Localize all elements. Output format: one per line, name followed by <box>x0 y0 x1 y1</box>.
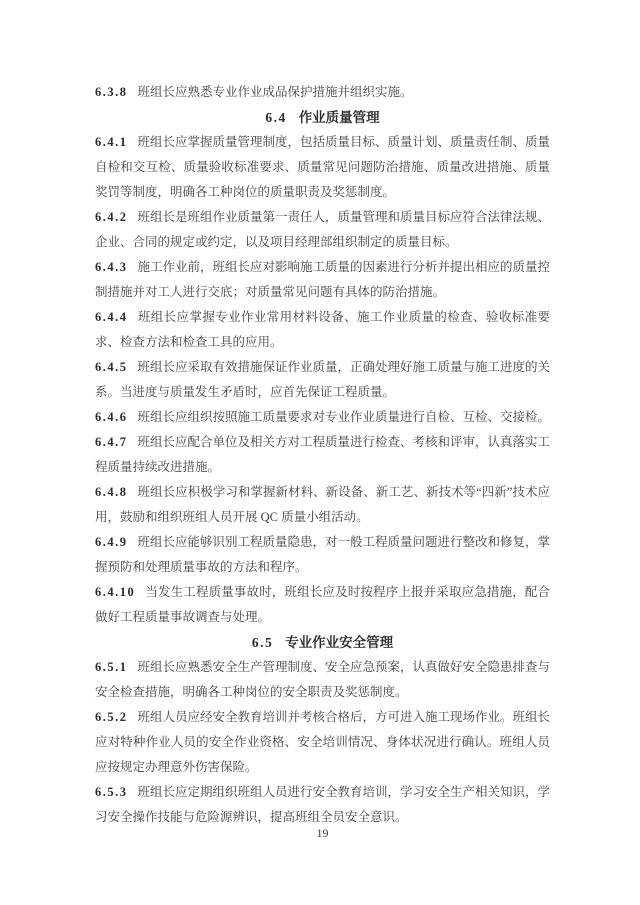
clause-text: 班组长应定期组织班组人员进行安全教育培训，学习安全生产相关知识，学习安全操作技能… <box>95 785 550 824</box>
document-body: 6.3.8班组长应熟悉专业作业成品保护措施并组织实施。6.4作业质量管理6.4.… <box>95 80 550 830</box>
clause-paragraph: 6.4.1班组长应掌握质量管理制度，包括质量目标、质量计划、质量责任制、质量自检… <box>95 130 550 205</box>
clause-text: 班组长应掌握质量管理制度，包括质量目标、质量计划、质量责任制、质量自检和交互检、… <box>95 135 550 199</box>
clause-text: 班组长是班组作业质量第一责任人，质量管理和质量目标应符合法律法规、企业、合同的规… <box>95 210 550 249</box>
clause-text: 班组长应熟悉专业作业成品保护措施并组织实施。 <box>138 85 413 99</box>
clause-text: 班组长应组织按照施工质量要求对专业作业质量进行自检、互检、交接检。 <box>138 410 551 424</box>
section-number: 6.5 <box>252 635 273 650</box>
clause-paragraph: 6.4.8班组长应积极学习和掌握新材料、新设备、新工艺、新技术等“四新”技术应用… <box>95 480 550 530</box>
clause-number: 6.4.2 <box>95 210 128 224</box>
clause-text: 班组长应熟悉安全生产管理制度、安全应急预案，认真做好安全隐患排查与安全检查措施，… <box>95 660 550 699</box>
clause-paragraph: 6.4.10当发生工程质量事故时，班组长应及时按程序上报并采取应急措施，配合做好… <box>95 580 550 630</box>
section-title: 作业质量管理 <box>299 110 380 125</box>
clause-text: 班组长应掌握专业作业常用材料设备、施工作业质量的检查、验收标准要求、检查方法和检… <box>95 310 550 349</box>
clause-number: 6.5.1 <box>95 660 128 674</box>
section-heading: 6.4作业质量管理 <box>95 105 550 130</box>
clause-paragraph: 6.4.4班组长应掌握专业作业常用材料设备、施工作业质量的检查、验收标准要求、检… <box>95 305 550 355</box>
clause-paragraph: 6.5.2班组人员应经安全教育培训并考核合格后，方可进入施工现场作业。班组长应对… <box>95 705 550 780</box>
section-heading: 6.5专业作业安全管理 <box>95 630 550 655</box>
clause-paragraph: 6.4.5班组长应采取有效措施保证作业质量，正确处理好施工质量与施工进度的关系。… <box>95 355 550 405</box>
page-number: 19 <box>0 826 640 841</box>
clause-text: 班组长应能够识别工程质量隐患，对一般工程质量问题进行整改和修复，掌握预防和处理质… <box>95 535 550 574</box>
clause-number: 6.4.3 <box>95 260 128 274</box>
section-title: 专业作业安全管理 <box>285 635 393 650</box>
clause-text: 班组人员应经安全教育培训并考核合格后，方可进入施工现场作业。班组长应对特种作业人… <box>95 710 550 774</box>
clause-number: 6.4.8 <box>95 485 128 499</box>
clause-number: 6.5.3 <box>95 785 128 799</box>
clause-text: 班组长应配合单位及相关方对工程质量进行检查、考核和评审，认真落实工程质量持续改进… <box>95 435 550 474</box>
clause-paragraph: 6.4.6班组长应组织按照施工质量要求对专业作业质量进行自检、互检、交接检。 <box>95 405 550 430</box>
clause-text: 施工作业前，班组长应对影响施工质量的因素进行分析并提出相应的质量控制措施并对工人… <box>95 260 550 299</box>
clause-paragraph: 6.4.3施工作业前，班组长应对影响施工质量的因素进行分析并提出相应的质量控制措… <box>95 255 550 305</box>
clause-paragraph: 6.4.2班组长是班组作业质量第一责任人，质量管理和质量目标应符合法律法规、企业… <box>95 205 550 255</box>
document-page: 6.3.8班组长应熟悉专业作业成品保护措施并组织实施。6.4作业质量管理6.4.… <box>0 0 640 905</box>
clause-number: 6.4.9 <box>95 535 128 549</box>
clause-text: 当发生工程质量事故时，班组长应及时按程序上报并采取应急措施，配合做好工程质量事故… <box>95 585 550 624</box>
clause-number: 6.4.5 <box>95 360 128 374</box>
clause-paragraph: 6.5.1班组长应熟悉安全生产管理制度、安全应急预案，认真做好安全隐患排查与安全… <box>95 655 550 705</box>
clause-paragraph: 6.4.9班组长应能够识别工程质量隐患，对一般工程质量问题进行整改和修复，掌握预… <box>95 530 550 580</box>
clause-number: 6.4.10 <box>95 585 135 599</box>
clause-text: 班组长应采取有效措施保证作业质量，正确处理好施工质量与施工进度的关系。当进度与质… <box>95 360 550 399</box>
clause-number: 6.4.1 <box>95 135 128 149</box>
clause-number: 6.4.6 <box>95 410 128 424</box>
clause-number: 6.5.2 <box>95 710 128 724</box>
clause-number: 6.4.4 <box>95 310 128 324</box>
clause-paragraph: 6.3.8班组长应熟悉专业作业成品保护措施并组织实施。 <box>95 80 550 105</box>
clause-paragraph: 6.4.7班组长应配合单位及相关方对工程质量进行检查、考核和评审，认真落实工程质… <box>95 430 550 480</box>
section-number: 6.4 <box>265 110 286 125</box>
clause-text: 班组长应积极学习和掌握新材料、新设备、新工艺、新技术等“四新”技术应用，鼓励和组… <box>95 485 550 524</box>
clause-paragraph: 6.5.3班组长应定期组织班组人员进行安全教育培训，学习安全生产相关知识，学习安… <box>95 780 550 830</box>
clause-number: 6.3.8 <box>95 85 128 99</box>
clause-number: 6.4.7 <box>95 435 128 449</box>
